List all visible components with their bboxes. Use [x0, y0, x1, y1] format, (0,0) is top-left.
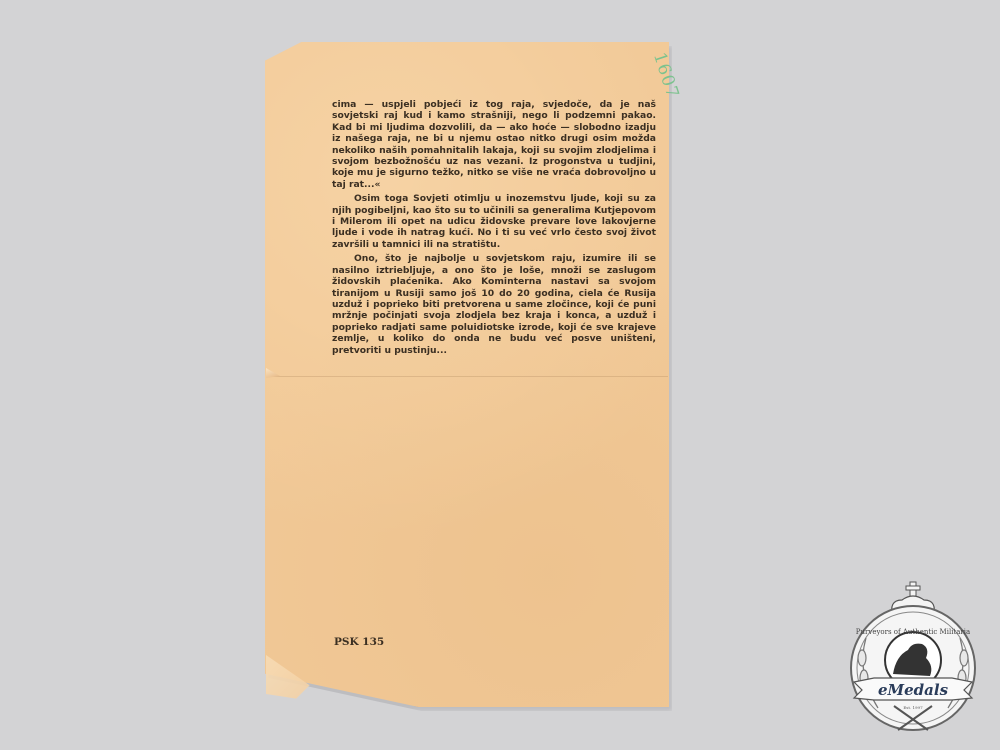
print-code: PSK 135	[334, 636, 384, 648]
logo-brand: eMedals	[878, 681, 949, 699]
paragraph-3: Ono, što je najbolje u sovjetskom raju, …	[332, 253, 656, 356]
paragraph-2: Osim toga Sovjeti otimlju u inozemstvu l…	[332, 193, 656, 250]
fold-crease	[266, 376, 668, 377]
logo-established: Est. 1997	[903, 705, 923, 710]
emedals-watermark-logo: Purveyors of Authentic Militaria eMedals…	[838, 578, 988, 738]
logo-tagline: Purveyors of Authentic Militaria	[856, 628, 970, 636]
leaflet-text: cima — uspjeli pobjeći iz tog raja, svje…	[332, 99, 656, 359]
paragraph-1: cima — uspjeli pobjeći iz tog raja, svje…	[332, 99, 656, 190]
